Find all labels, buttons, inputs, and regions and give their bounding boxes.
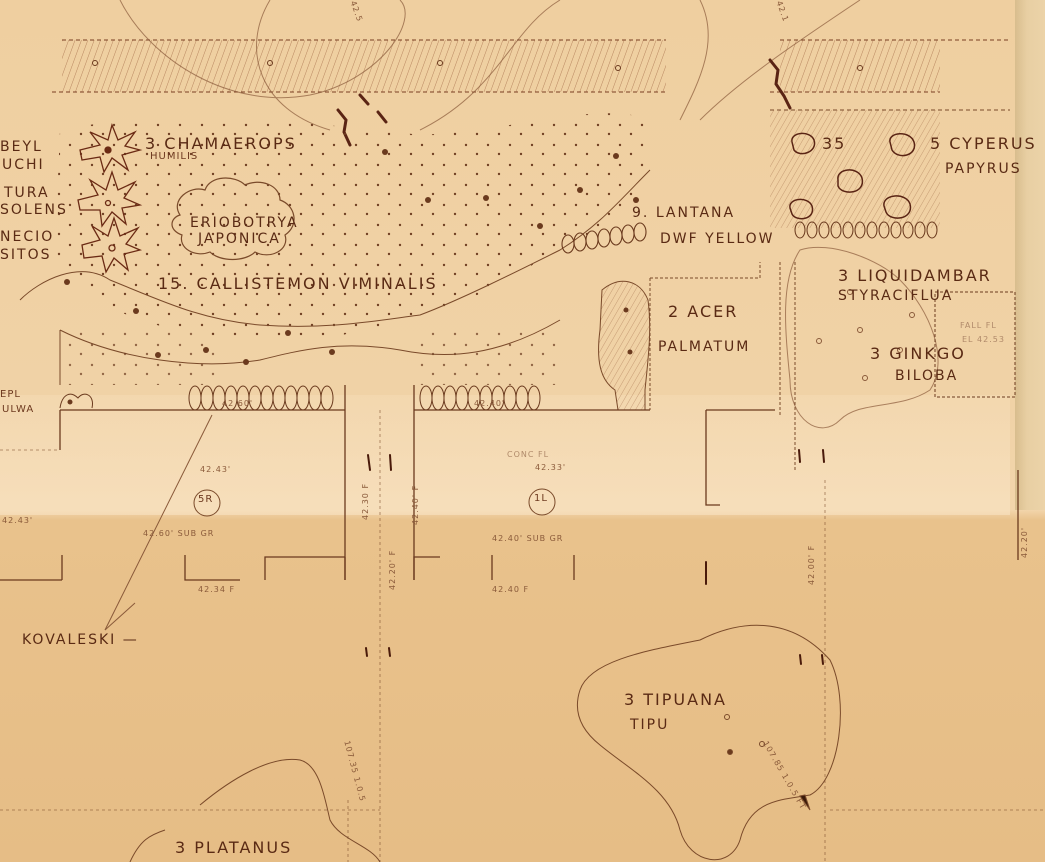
label-lantana-variety: DWF YELLOW — [660, 232, 775, 247]
label-tipuana-species: TIPU — [630, 718, 669, 733]
elevation-1l-conc: CONC FL — [507, 451, 549, 459]
label-liquidambar: 3 LIQUIDAMBAR — [838, 268, 992, 285]
edge-label-beyl: BEYL — [0, 140, 43, 155]
label-ginkgo: 3 GINKGO — [870, 346, 966, 363]
edge-label-senecio-2: SITOS — [0, 248, 51, 263]
elevation-step-left: 42.34 F — [198, 586, 235, 594]
elevation-right-faint-2: EL 42.53 — [962, 336, 1005, 344]
elevation-5r-sub: 42.60' SUB GR — [143, 530, 214, 538]
elevation-vertical-3: 42.30 F — [362, 483, 370, 520]
room-label-5r: 5R — [198, 495, 213, 506]
label-acer-species: PALMATUM — [658, 340, 750, 355]
edge-label-beyl-2: UCHI — [2, 158, 45, 173]
elevation-1l-top: 42.33' — [535, 464, 566, 472]
elevation-vertical-4: 42.00' F — [808, 545, 816, 585]
edge-label-perl: EPL — [0, 390, 21, 401]
edge-label-datura-2: SOLENS — [0, 203, 68, 218]
elevation-right-faint-1: FALL FL — [960, 322, 997, 330]
label-platanus: 3 PLATANUS — [175, 840, 292, 857]
label-callistemon: 15. CALLISTEMON VIMINALIS — [158, 276, 438, 293]
hedges-row — [60, 386, 540, 410]
survey-line — [105, 415, 212, 630]
elevation-vertical-2: 42.20' F — [389, 550, 397, 590]
elevation-hedge-left: 42.60' — [222, 400, 253, 408]
label-liquidambar-species: STYRACIFLUA — [838, 289, 953, 304]
elevation-vertical-1: 42.40' F — [412, 485, 420, 525]
elevation-step-mid: 42.40 F — [492, 586, 529, 594]
room-circles — [194, 489, 555, 516]
label-eriobotrya-species: JAPONICA — [198, 232, 281, 247]
elevation-hedge-mid: 42.40' — [474, 400, 505, 408]
label-eriobotrya: ERIOBOTRYA — [190, 216, 299, 231]
edge-label-datura: TURA — [4, 186, 50, 201]
elevation-5r-top: 42.43' — [200, 466, 231, 474]
edge-label-perl-2: ULWA — [2, 405, 34, 416]
elevation-1l-sub: 42.40' SUB GR — [492, 535, 563, 543]
hatched-wall-top — [52, 40, 1010, 92]
label-tipuana: 3 TIPUANA — [624, 692, 727, 709]
label-cyperus-species: PAPYRUS — [945, 162, 1022, 177]
elevation-vertical-5: 42.20' — [1021, 527, 1029, 558]
label-cyperus: 5 CYPERUS — [930, 136, 1037, 153]
acer-bed — [599, 262, 760, 410]
label-lantana: 9. LANTANA — [632, 206, 735, 221]
owner-name: KOVALESKI — — [22, 633, 139, 648]
building-outline — [0, 385, 1018, 580]
label-cyperus-count: 35 — [822, 136, 846, 153]
edge-label-senecio: NECIO — [0, 230, 54, 245]
dashed-grid-lines — [0, 410, 1045, 862]
planting-plan-drawing — [0, 0, 1045, 862]
elevation-left: 42.43' — [2, 517, 33, 525]
room-label-1l: 1L — [534, 494, 548, 505]
label-chamaerops-species: HUMILIS — [150, 152, 198, 163]
label-acer: 2 ACER — [668, 304, 738, 321]
label-ginkgo-species: BILOBA — [895, 369, 958, 384]
